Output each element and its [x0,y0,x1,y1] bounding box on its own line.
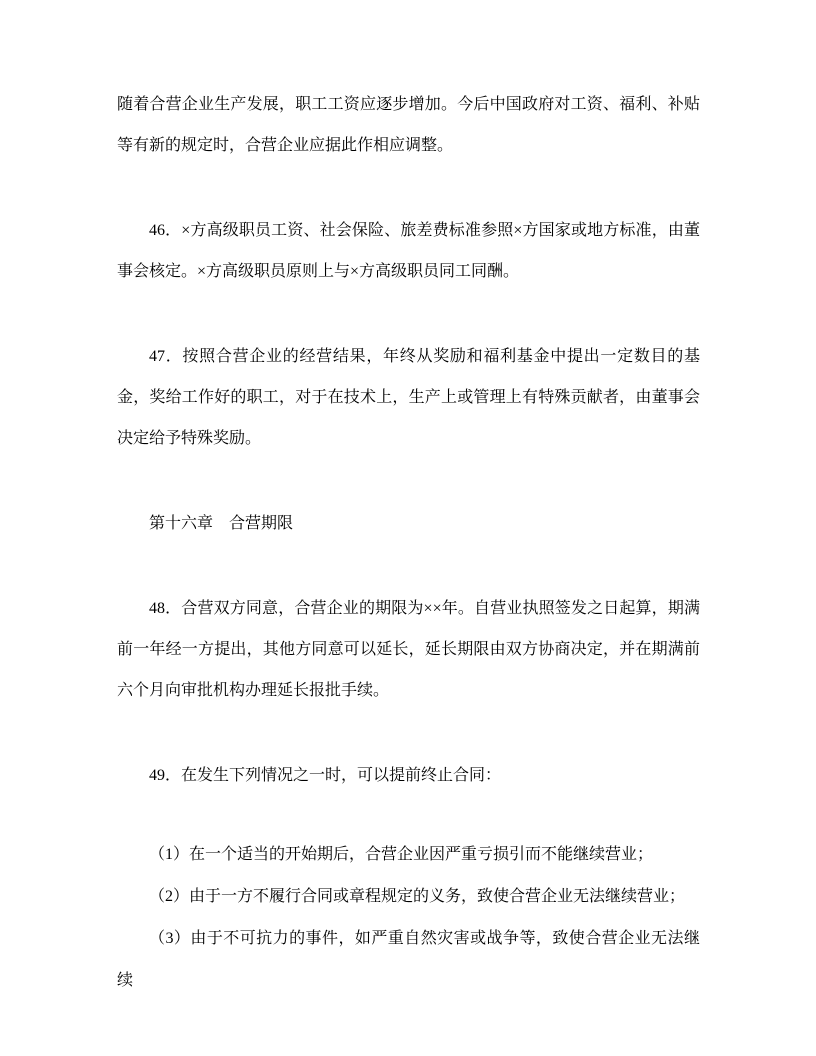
chapter-16-heading: 第十六章 合营期限 [117,503,700,544]
termination-condition-1: （1）在一个适当的开始期后，合营企业因严重亏损引而不能继续营业； [117,834,700,876]
clause-46: 46．×方高级职员工资、社会保险、旅差费标准参照×方国家或地方标准，由董事会核定… [117,210,700,292]
termination-condition-2: （2）由于一方不履行合同或章程规定的义务，致使合营企业无法继续营业； [117,876,700,918]
clause-47: 47．按照合营企业的经营结果，年终从奖励和福利基金中提出一定数目的基金，奖给工作… [117,336,700,459]
clause-49: 49．在发生下列情况之一时，可以提前终止合同： [117,755,700,796]
document-page: 随着合营企业生产发展，职工工资应逐步增加。今后中国政府对工资、福利、补贴等有新的… [0,0,816,1056]
termination-condition-3: （3）由于不可抗力的事件，如严重自然灾害或战争等，致使合营企业无法继续 [117,918,700,1002]
termination-conditions-list: （1）在一个适当的开始期后，合营企业因严重亏损引而不能继续营业； （2）由于一方… [117,834,700,1002]
clause-48: 48．合营双方同意，合营企业的期限为××年。自营业执照签发之日起算，期满前一年经… [117,588,700,711]
paragraph-wage-adjustment: 随着合营企业生产发展，职工工资应逐步增加。今后中国政府对工资、福利、补贴等有新的… [117,84,700,166]
